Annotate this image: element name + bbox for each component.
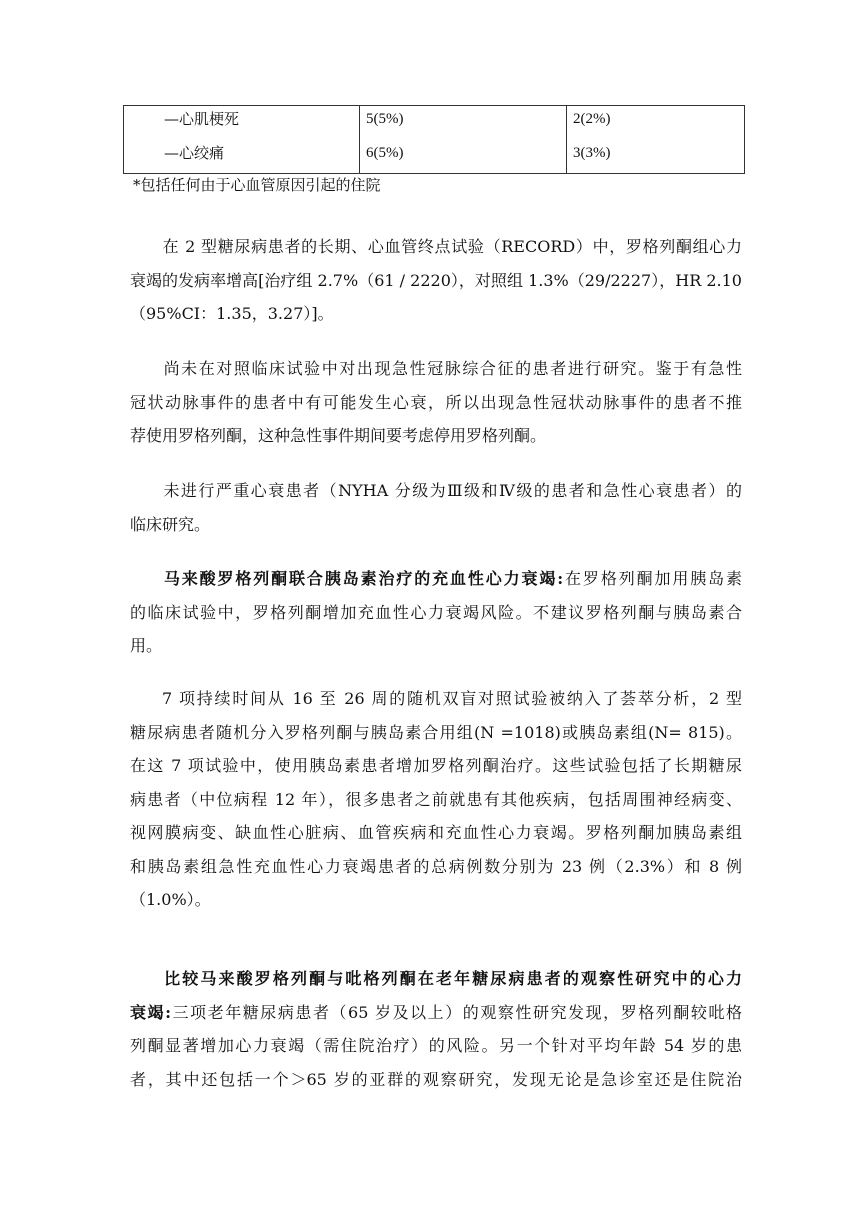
adverse-events-table: —心肌梗死 —心绞痛 5(5%) 6(5%) 2(2%) 3(3%) — [123, 105, 745, 174]
text-line: 在这 7 项试验中，使用胰岛素患者增加罗格列酮治疗。这些试验包括了长期糖尿 — [130, 749, 742, 783]
paragraph-severe-heart-failure: 未进行严重心衰患者（NYHA 分级为Ⅲ级和Ⅳ级的患者和急性心衰患者）的 临床研究… — [130, 474, 742, 541]
text-line: 马来酸罗格列酮联合胰岛素治疗的充血性心力衰竭:在罗格列酮加用胰岛素 — [130, 562, 742, 596]
text-line: 衰竭的发病率增高[治疗组 2.7%（61 / 2220），对照组 1.3%（29… — [130, 264, 742, 298]
text-line: 视网膜病变、缺血性心脏病、血管疾病和充血性心力衰竭。罗格列酮加胰岛素组 — [130, 816, 742, 850]
text-line: 列酮显著增加心力衰竭（需住院治疗）的风险。另一个针对平均年龄 54 岁的患 — [130, 1029, 742, 1063]
text-line: 病患者（中位病程 12 年），很多患者之前就患有其他疾病，包括周围神经病变、 — [130, 783, 742, 817]
table-cell-value: 2(2%) — [573, 109, 611, 129]
text-line: 和胰岛素组急性充血性心力衰竭患者的总病例数分别为 23 例（2.3%）和 8 例 — [130, 850, 742, 884]
text-line: 荐使用罗格列酮，这种急性事件期间要考虑停用罗格列酮。 — [130, 419, 742, 453]
paragraph-meta-analysis: 7 项持续时间从 16 至 26 周的随机双盲对照试验被纳入了荟萃分析，2 型 … — [130, 682, 742, 917]
text-line: 衰竭:三项老年糖尿病患者（65 岁及以上）的观察性研究发现，罗格列酮较吡格 — [130, 996, 742, 1030]
document-page: —心肌梗死 —心绞痛 5(5%) 6(5%) 2(2%) 3(3%) *包括任何… — [0, 0, 868, 1227]
text-line: （1.0%）。 — [130, 883, 742, 917]
text-line: 用。 — [130, 629, 742, 663]
paragraph-pioglitazone-comparison: 比较马来酸罗格列酮与吡格列酮在老年糖尿病患者的观察性研究中的心力 衰竭:三项老年… — [130, 962, 742, 1096]
table-column-event: —心肌梗死 —心绞痛 — [124, 106, 360, 173]
text-line: 7 项持续时间从 16 至 26 周的随机双盲对照试验被纳入了荟萃分析，2 型 — [130, 682, 742, 716]
table-column-control: 2(2%) 3(3%) — [566, 106, 744, 173]
text-line: 糖尿病患者随机分入罗格列酮与胰岛素合用组(N =1018)或胰岛素组(N= 81… — [130, 716, 742, 750]
text-line: 临床研究。 — [130, 508, 742, 542]
text-line: 在 2 型糖尿病患者的长期、心血管终点试验（RECORD）中，罗格列酮组心力 — [130, 230, 742, 264]
table-cell-label: —心绞痛 — [164, 143, 224, 163]
table-cell-value: 5(5%) — [366, 109, 404, 129]
table-footnote: *包括任何由于心血管原因引起的住院 — [133, 175, 381, 195]
paragraph-acute-coronary: 尚未在对照临床试验中对出现急性冠脉综合征的患者进行研究。鉴于有急性 冠状动脉事件… — [130, 352, 742, 453]
text-line: （95%CI：1.35，3.27）]。 — [130, 297, 742, 331]
table-cell-value: 6(5%) — [366, 143, 404, 163]
text-line: 冠状动脉事件的患者中有可能发生心衰，所以出现急性冠状动脉事件的患者不推 — [130, 386, 742, 420]
paragraph-record-trial: 在 2 型糖尿病患者的长期、心血管终点试验（RECORD）中，罗格列酮组心力 衰… — [130, 230, 742, 331]
table-column-treatment: 5(5%) 6(5%) — [359, 106, 567, 173]
section-heading: 衰竭: — [130, 1003, 171, 1022]
text-line: 者，其中还包括一个＞65 岁的亚群的观察研究，发现无论是急诊室还是住院治 — [130, 1063, 742, 1097]
text-line: 尚未在对照临床试验中对出现急性冠脉综合征的患者进行研究。鉴于有急性 — [130, 352, 742, 386]
text-line: 的临床试验中，罗格列酮增加充血性心力衰竭风险。不建议罗格列酮与胰岛素合 — [130, 596, 742, 630]
section-heading: 比较马来酸罗格列酮与吡格列酮在老年糖尿病患者的观察性研究中的心力 — [130, 962, 742, 996]
table-cell-label: —心肌梗死 — [164, 109, 239, 129]
section-heading: 马来酸罗格列酮联合胰岛素治疗的充血性心力衰竭: — [162, 569, 563, 588]
paragraph-insulin-combination: 马来酸罗格列酮联合胰岛素治疗的充血性心力衰竭:在罗格列酮加用胰岛素 的临床试验中… — [130, 562, 742, 663]
table-cell-value: 3(3%) — [573, 143, 611, 163]
text-line: 未进行严重心衰患者（NYHA 分级为Ⅲ级和Ⅳ级的患者和急性心衰患者）的 — [130, 474, 742, 508]
